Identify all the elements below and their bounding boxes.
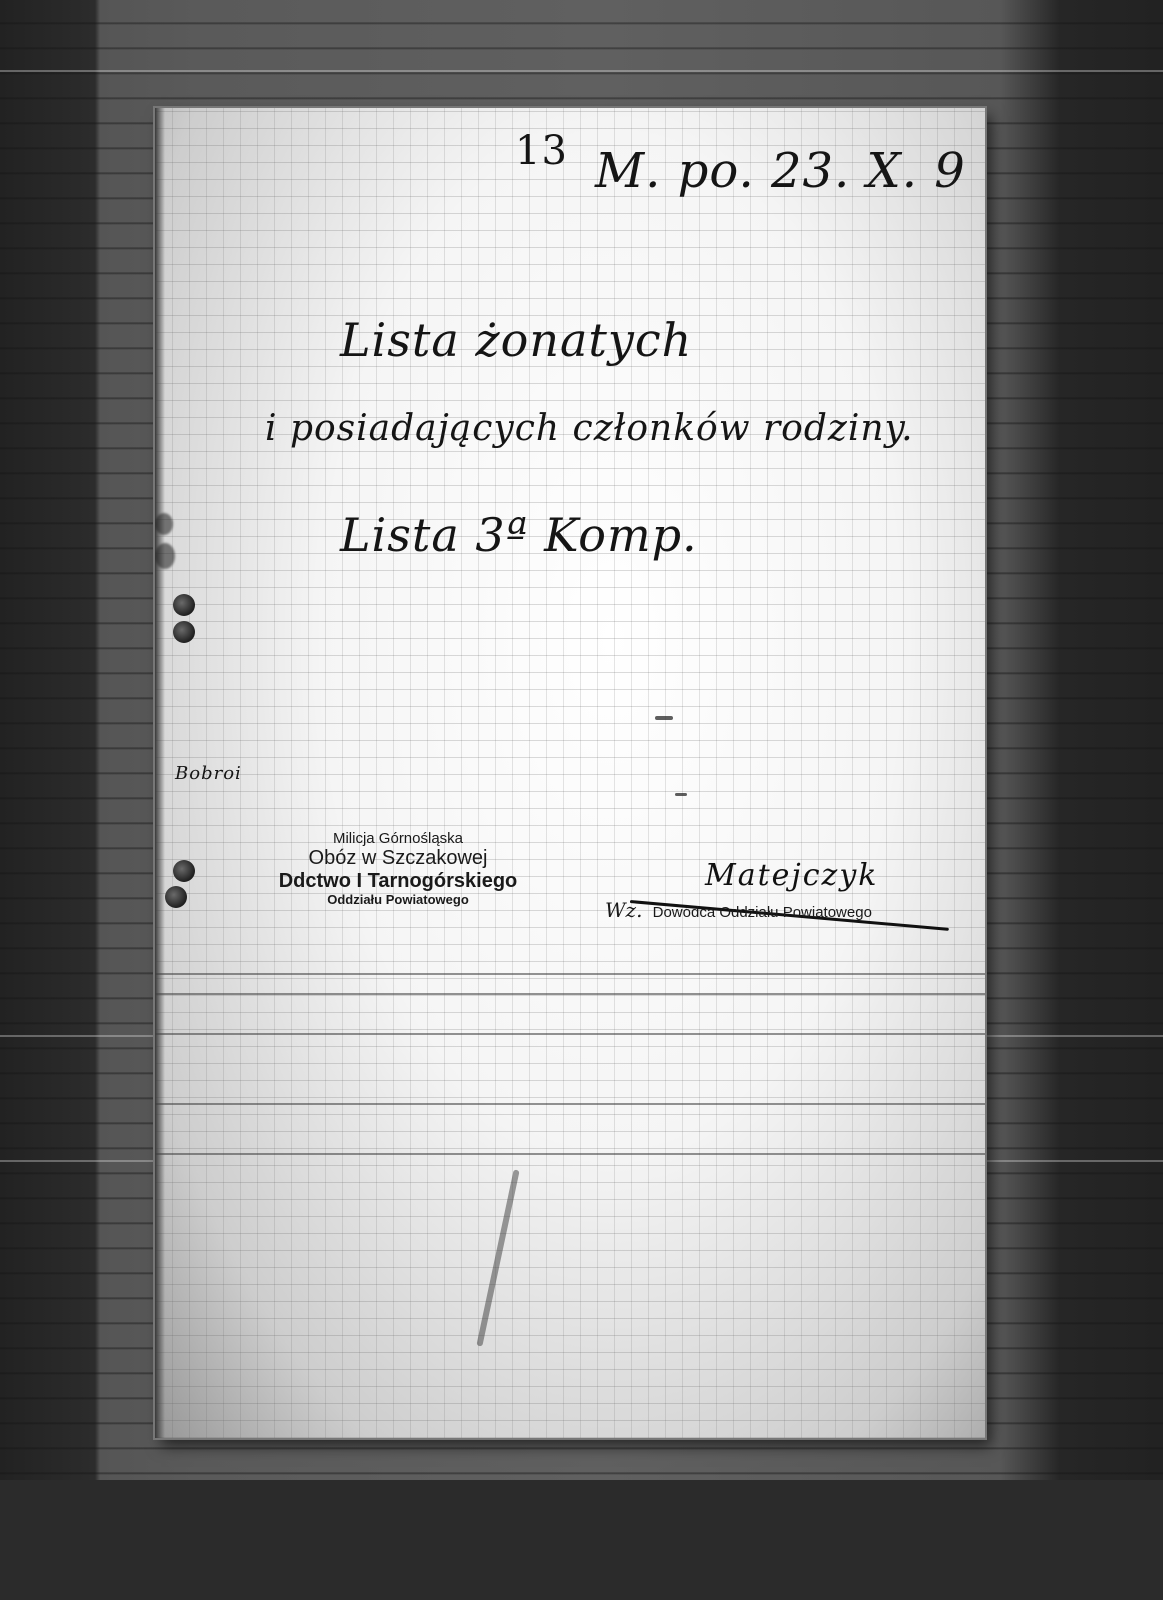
stamp-line-1: Milicja Górnośląska	[268, 830, 528, 847]
title-line-2: i posiadających członków rodziny.	[265, 408, 914, 449]
title-line-3: Lista 3ª Komp.	[340, 508, 698, 562]
ink-mark	[675, 793, 687, 796]
official-stamp: Milicja Górnośląska Obóz w Szczakowej Dd…	[268, 830, 528, 908]
title-line-1: Lista żonatych	[340, 313, 692, 367]
stamp-line-4: Oddziału Powiatowego	[268, 893, 528, 908]
signature-prefix: Wz.	[605, 898, 642, 922]
paper-edge	[155, 108, 165, 1438]
ruled-line	[155, 1103, 985, 1105]
signature: Matejczyk	[705, 858, 878, 893]
paper-grid	[155, 108, 985, 1438]
punch-hole	[165, 886, 187, 908]
scan-streak	[0, 1488, 1163, 1490]
stamp-line-2: Obóz w Szczakowej	[268, 847, 528, 870]
ink-mark	[655, 716, 673, 720]
ink-stain	[155, 543, 175, 569]
ruled-line	[155, 993, 985, 995]
punch-hole	[173, 594, 195, 616]
ruled-line	[155, 1153, 985, 1155]
ruled-line	[155, 1033, 985, 1035]
scan-streak	[0, 70, 1163, 72]
ruled-line	[155, 973, 985, 975]
signature-role: Dowódca Oddziału Powiatowego	[653, 904, 872, 921]
ink-stain	[155, 513, 173, 535]
stamp-line-3: Ddctwo I Tarnogórskiego	[268, 870, 528, 893]
margin-note: Bobroi	[175, 763, 242, 784]
punch-hole	[173, 621, 195, 643]
punch-hole	[173, 860, 195, 882]
page-number: 13	[515, 128, 568, 174]
header-annotation: M. po. 23. X. 9	[595, 143, 966, 199]
document-page: 13 M. po. 23. X. 9 Lista żonatych i posi…	[155, 108, 985, 1438]
signature-title: Wz. Dowódca Oddziału Powiatowego	[605, 898, 872, 922]
